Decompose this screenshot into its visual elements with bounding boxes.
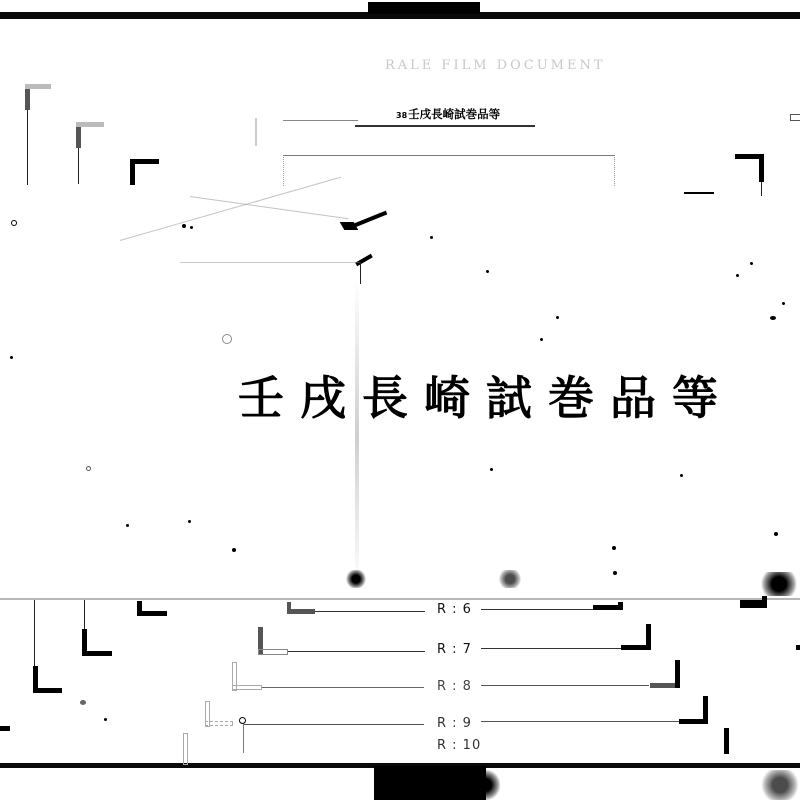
speck [486,270,489,273]
ink-blot [760,770,800,800]
speck [104,718,107,721]
corner-mark-stem [27,110,28,185]
faded-header-text: RALE FILM DOCUMENT [385,58,606,73]
speck [80,700,86,705]
rmark-left-horizontal [205,721,233,726]
scratch-line [190,196,349,219]
resolution-label-7: R : 7 [437,642,472,657]
corner-mark-vertical [759,154,764,182]
guide-bracket-frame [283,155,615,186]
main-calligraphy: 壬戌長崎試巻品等 [238,368,800,428]
scratch-mark [243,723,244,753]
rmark-left-horizontal [232,685,262,690]
guide-line [283,120,358,121]
scratch-mark [355,254,373,266]
speck [612,546,616,550]
speck [232,548,236,552]
rmark-left-vertical [183,733,188,765]
speck [126,524,129,527]
rmark-right-vertical [618,602,623,610]
speck [11,220,17,226]
rmark-right-vertical [724,728,729,754]
corner-mark-horizontal [76,122,104,127]
scratch-line [180,262,360,263]
scratch-line [120,177,341,241]
scratch-mark [360,262,361,284]
speck [770,316,776,320]
edge-mark [796,645,800,650]
guide-dash [684,192,714,194]
corner-mark-stem [78,148,79,184]
speck [182,224,186,228]
rmark-line [288,651,425,652]
rmark-left-horizontal [287,609,315,614]
resolution-label-9: R : 9 [437,716,472,731]
speck [540,338,543,341]
page-edge [0,598,800,600]
ink-blot [758,572,800,596]
edge-mark [0,726,10,731]
ink-blot [498,570,522,588]
speck [736,274,739,277]
ink-blot [470,770,500,800]
corner-mark-horizontal [130,159,159,164]
resolution-label-6: R : 6 [437,602,472,617]
speck [680,474,683,477]
corner-mark-horizontal [137,611,167,616]
corner-mark-stem [761,182,762,196]
rmark-line [481,609,593,610]
speck [613,571,617,575]
document-number: 38 [396,111,407,120]
speck [10,356,13,359]
speck [490,468,493,471]
speck [430,236,433,239]
corner-mark-horizontal [33,688,62,693]
speck [190,226,193,229]
label-underline [355,125,535,127]
paper-fold-line [355,280,359,590]
document-title: 壬戌長崎試巻品等 [408,107,500,121]
rmark-line [244,724,424,725]
corner-mark-stem [84,600,85,630]
speck [774,532,778,536]
speck [222,334,232,344]
film-sprocket-tab-top [368,2,480,14]
resolution-label-8: R : 8 [437,679,472,694]
corner-mark-stem [34,600,35,668]
speck [188,520,191,523]
speck [750,262,753,265]
rmark-line [481,685,649,686]
corner-mark-horizontal [82,651,112,656]
rmark-right-vertical [762,596,767,608]
resolution-label-10: R : 10 [437,738,481,753]
corner-mark-horizontal [25,84,51,89]
rmark-line [481,721,679,722]
rmark-line [315,611,425,612]
ink-blot [346,570,366,588]
rmark-right-vertical [646,624,651,650]
rmark-left-horizontal [258,649,288,655]
edge-mark [790,114,800,121]
speck [86,466,91,471]
document-label: 38壬戌長崎試巻品等 [396,106,500,122]
rmark-right-vertical [703,696,708,724]
speck [782,302,785,305]
guide-bracket [255,118,257,146]
rmark-line [481,648,621,649]
rmark-line [262,687,424,688]
rmark-right-vertical [675,660,680,688]
speck [556,316,559,319]
